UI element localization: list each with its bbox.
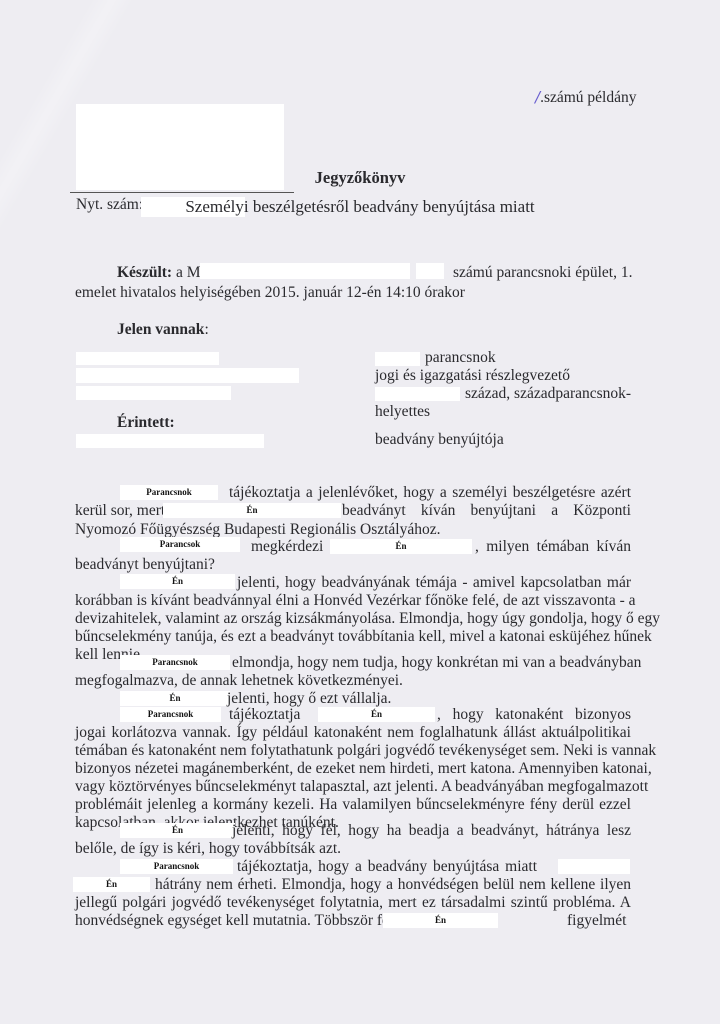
made-line-1: Készült: a MH xyxy=(117,264,212,282)
redacted-commander: Parancsnok xyxy=(120,485,218,500)
redacted-commander: Parancsnok xyxy=(120,859,233,874)
p7-line-1: jelenti, hogy fél, hogy ha beadja a bead… xyxy=(232,822,631,840)
document-title: Jegyzőkönyv xyxy=(0,169,720,187)
role-legal-head: jogi és igazgatási részlegvezető xyxy=(375,367,570,385)
redacted-me: Én xyxy=(120,823,235,838)
p3-line-1: jelenti, hogy beadványának témája - amiv… xyxy=(237,574,631,592)
p3-line-4: bűncselekmény tanúja, és ezt a beadványt… xyxy=(75,628,631,646)
redacted-commander: Parancsok xyxy=(120,537,240,552)
redacted-me: Én xyxy=(163,503,341,518)
made-suffix: számú parancsnoki épület, 1. xyxy=(453,264,632,282)
redacted-me: Én xyxy=(120,574,235,589)
p8-line-3: jellegű polgári jogvédő tevékenységet fo… xyxy=(75,894,631,912)
present-heading: Jelen vannak: xyxy=(117,321,209,339)
made-line-2: emelet hivatalos helyiségében 2015. janu… xyxy=(75,284,465,302)
p8-line-1: tájékoztatja, hogy a beadvány benyújtása… xyxy=(237,858,537,876)
p2-line-2: beadványt benyújtani? xyxy=(75,556,215,574)
redacted-commander: Parancsnok xyxy=(120,655,230,670)
redacted-me: Én xyxy=(318,707,435,722)
affected-role: beadvány benyújtója xyxy=(375,431,504,449)
p8-line-4a: honvédségnek egységet kell mutatnia. Töb… xyxy=(75,912,320,930)
redacted-building-number xyxy=(416,263,444,279)
redacted-person-1 xyxy=(76,352,219,365)
redacted-me: Én xyxy=(120,691,230,706)
document-subtitle: Személyi beszélgetésről beadvány benyújt… xyxy=(0,198,720,216)
p1-line-2a: kerül sor, mert xyxy=(75,502,165,520)
p7-line-2: belőle, de így is kéri, hogy továbbítsák… xyxy=(75,840,341,858)
role-deputy-commander-cont: helyettes xyxy=(375,403,430,421)
redacted-unit-name xyxy=(200,263,410,279)
p6-line-2: jogai korlátozva vannak. Így például kat… xyxy=(75,724,631,742)
p3-line-3: devizahitelek, valamint az ország kizsák… xyxy=(75,610,631,628)
p4-line-1: elmondja, hogy nem tudja, hogy konkrétan… xyxy=(232,654,631,672)
p8-line-4b: figyelmét xyxy=(567,912,626,930)
redacted-me: Én xyxy=(383,913,498,928)
p6-line-5: vagy köztörvényes bűncselekményt talapas… xyxy=(75,778,631,796)
letterhead-underline xyxy=(70,192,294,193)
present-label: Jelen vannak xyxy=(117,321,204,338)
copy-number: /.számú példány xyxy=(535,88,636,107)
p6-line-1a: tájékoztatja xyxy=(229,706,300,724)
p6-line-3: témában és katonaként nem folytathatunk … xyxy=(75,742,631,760)
redacted-affected-person xyxy=(76,434,264,448)
p2-line-1a: megkérdezi xyxy=(251,538,323,556)
p1-line-2b: beadványt kíván benyújtani a Központi xyxy=(342,502,631,520)
role-commander: parancsnok xyxy=(425,349,496,367)
copy-label: .számú példány xyxy=(540,89,636,106)
p2-line-1b: , milyen témában kíván xyxy=(475,538,631,556)
p3-line-2: korábban is kívánt beadvánnyal élni a Ho… xyxy=(75,592,631,610)
p8-line-2: hátrány nem érheti. Elmondja, hogy a hon… xyxy=(155,876,631,894)
p6-line-1b: , hogy katonaként bizonyos xyxy=(437,706,631,724)
redacted-commander: Parancsnok xyxy=(120,707,221,722)
redacted-person-3 xyxy=(76,386,231,400)
affected-label: Érintett: xyxy=(117,414,175,432)
p6-line-4: bizonyos nézetei magánemberként, de ezek… xyxy=(75,760,631,778)
made-label: Készült: xyxy=(117,264,172,281)
p6-line-6: problémáit jelenleg a kormány kezeli. Ha… xyxy=(75,796,631,814)
p1-line-1: tájékoztatja a jelenlévőket, hogy a szem… xyxy=(229,484,631,502)
p4-line-2: megfogalmazva, de annak lehetnek követke… xyxy=(75,672,403,690)
redacted-name-fragment xyxy=(558,859,630,874)
redacted-me: Én xyxy=(73,877,150,892)
redacted-me: Én xyxy=(330,539,472,554)
redacted-role-1-prefix xyxy=(375,352,420,366)
role-deputy-commander: század, századparancsnok- xyxy=(465,385,631,403)
redacted-person-2 xyxy=(76,368,299,383)
redacted-role-3-prefix xyxy=(375,387,460,401)
